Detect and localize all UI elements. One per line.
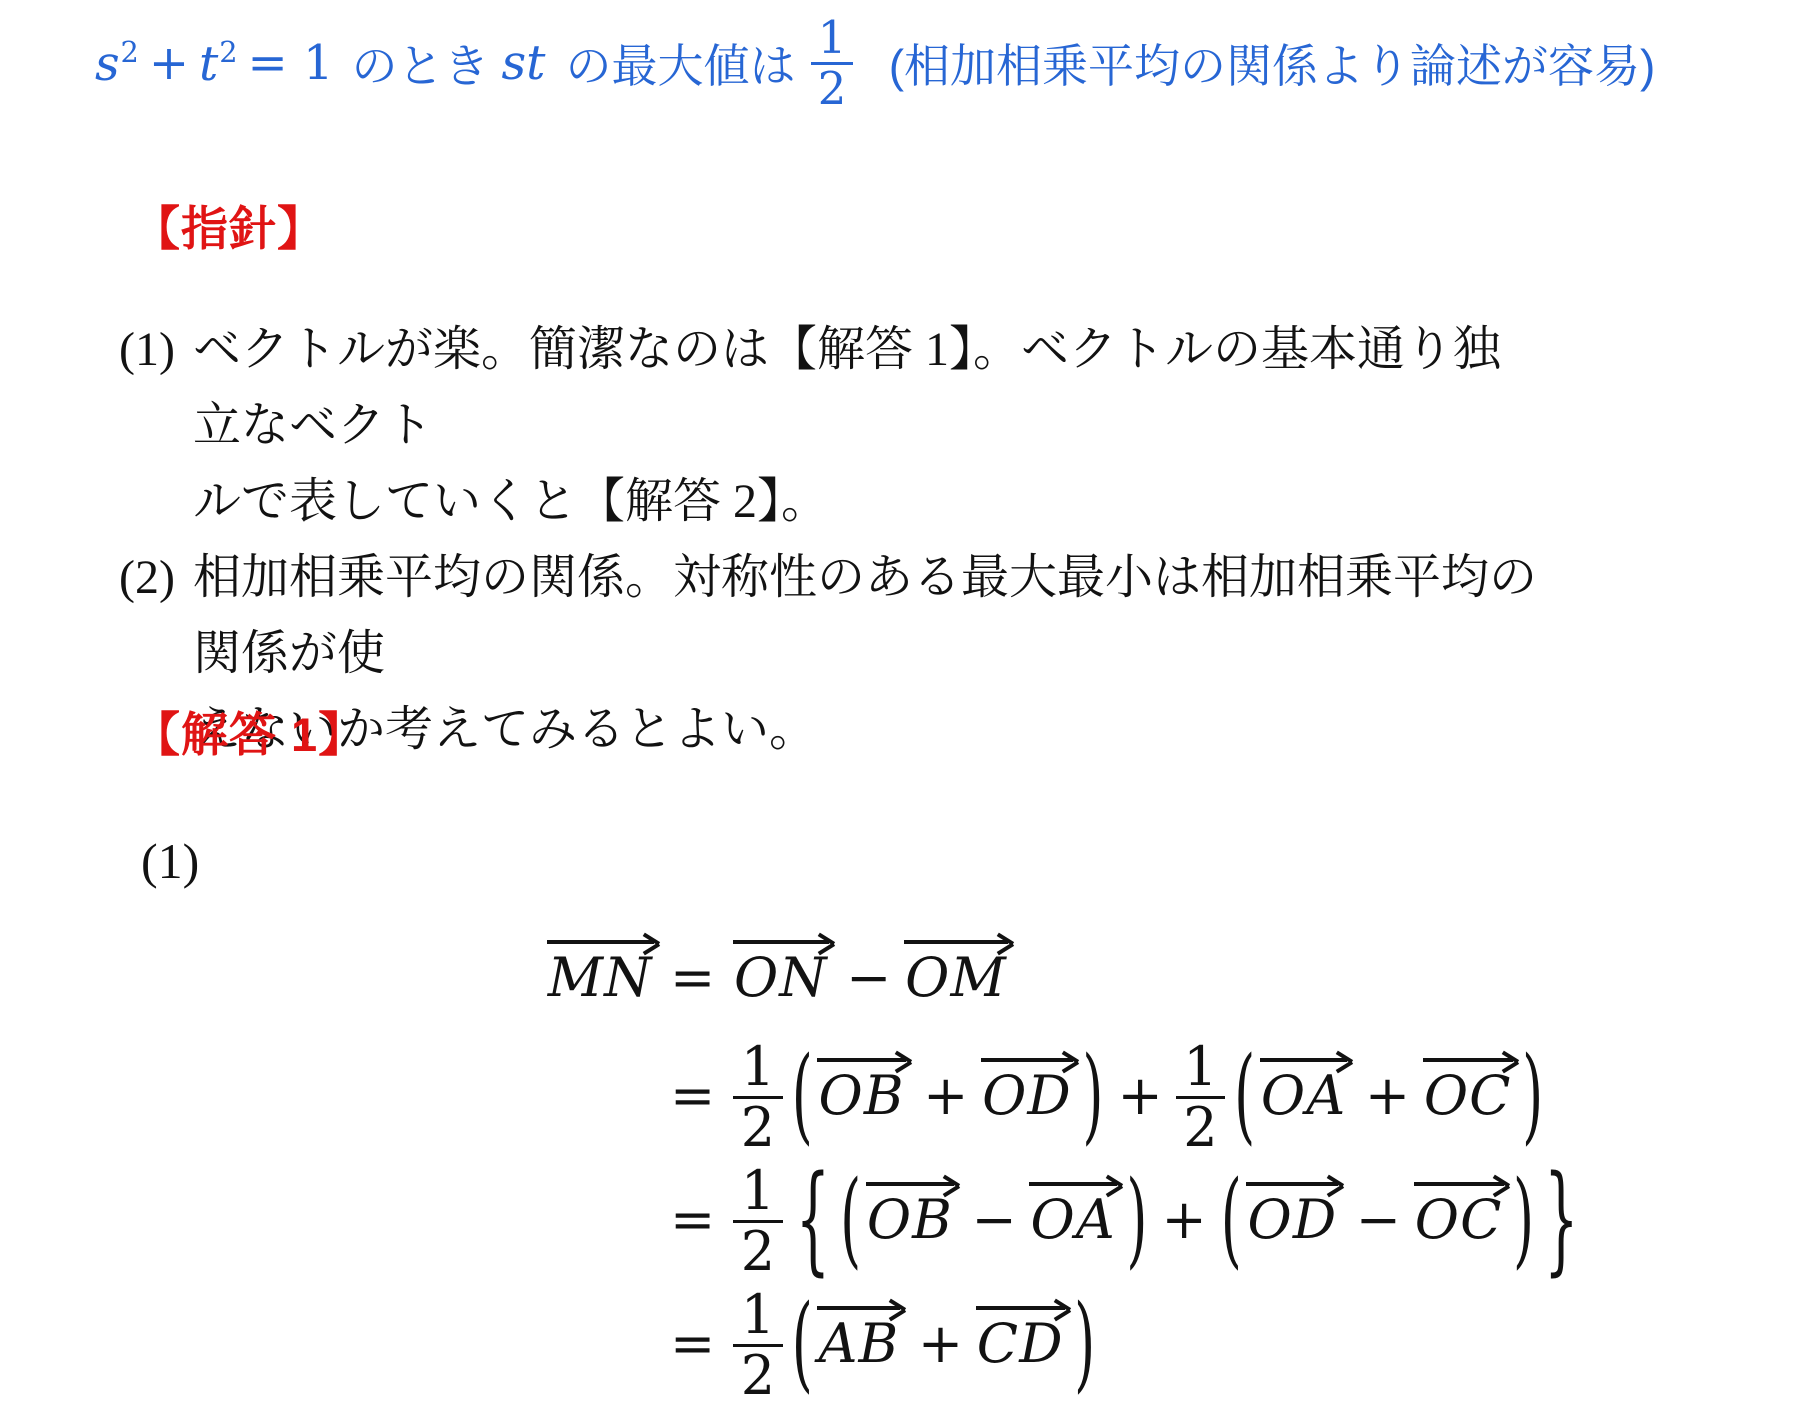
numerator: 1 <box>733 1286 782 1343</box>
fraction-one-half: 12 <box>811 14 852 112</box>
left-paren: ( <box>792 1292 813 1396</box>
plus-sign: + <box>923 1069 968 1123</box>
page: s2 + t2 = 1 のとき st の最大値は 12 (相加相乗平均の関係より… <box>0 0 1818 1425</box>
vector-OA: OA <box>1028 1177 1124 1263</box>
vector-OB: OB <box>864 1177 960 1263</box>
minus-sign: − <box>972 1193 1017 1247</box>
item-line: 相加相乗平均の関係。対称性のある最大最小は相加相乗平均の関係が使 <box>193 540 1539 692</box>
vector-letters: CD <box>977 1312 1064 1375</box>
denominator: 2 <box>1176 1096 1225 1156</box>
denominator: 2 <box>733 1344 782 1404</box>
vector-OB: OB <box>816 1053 912 1139</box>
equation-row-2: = 12 ( OB + OD ) + 12 ( OA + OC ) <box>528 1034 1585 1158</box>
vector-letters: OD <box>1248 1188 1338 1251</box>
item-body-2: 相加相乗平均の関係。対称性のある最大最小は相加相乗平均の関係が使 えないか考えて… <box>193 540 1539 768</box>
right-paren: ) <box>1513 1168 1534 1272</box>
numerator: 1 <box>811 14 852 62</box>
denominator: 2 <box>811 62 852 113</box>
plus-sign: + <box>918 1317 963 1371</box>
vector-letters: MN <box>548 946 653 1009</box>
right-paren: ) <box>1082 1044 1103 1148</box>
math-t-squared: t2 <box>199 35 237 92</box>
fraction-one-half: 12 <box>1176 1038 1225 1155</box>
text-notoki: のとき <box>352 30 490 96</box>
numerator: 1 <box>1176 1038 1225 1095</box>
item-body-1: ベクトルが楽。簡潔なのは【解答 1】。ベクトルの基本通り独立なベクト ルで表して… <box>193 312 1539 540</box>
item-label-2: (2) <box>119 540 181 616</box>
equals-sign: = <box>670 1193 715 1247</box>
vector-letters: OC <box>1424 1064 1512 1127</box>
vector-OD: OD <box>979 1053 1079 1139</box>
minus-sign: − <box>846 951 891 1005</box>
exponent: 2 <box>219 35 237 69</box>
vector-ON: ON <box>731 935 835 1021</box>
solution-part-label: (1) <box>141 832 199 890</box>
guideline-item-1: (1) ベクトルが楽。簡潔なのは【解答 1】。ベクトルの基本通り独立なベクト ル… <box>119 312 1539 540</box>
vector-letters: OC <box>1415 1188 1503 1251</box>
fraction-one-half: 12 <box>733 1286 782 1403</box>
minus-sign: − <box>1356 1193 1401 1247</box>
left-paren: ( <box>1221 1168 1242 1272</box>
left-paren: ( <box>1234 1044 1255 1148</box>
vector-OC: OC <box>1412 1177 1510 1263</box>
right-paren: ) <box>1126 1168 1147 1272</box>
vector-letters: OM <box>905 946 1007 1009</box>
item-line: えないか考えてみるとよい。 <box>193 692 1539 768</box>
right-paren: ) <box>1074 1292 1095 1396</box>
numerator: 1 <box>733 1162 782 1219</box>
left-brace: { <box>796 1161 830 1279</box>
vector-OD: OD <box>1245 1177 1345 1263</box>
var-t: t <box>199 35 218 91</box>
heading-shishin: 【指針】 <box>133 192 325 259</box>
var-s: s <box>95 35 120 91</box>
plus-sign: + <box>1117 1069 1162 1123</box>
vector-letters: ON <box>734 946 828 1009</box>
text-parenthetical-note: (相加相乗平均の関係より論述が容易) <box>889 30 1656 96</box>
item-line: ルで表していくと【解答 2】。 <box>193 464 1539 540</box>
left-paren: ( <box>840 1168 861 1272</box>
plus-sign: + <box>1365 1069 1410 1123</box>
equation-block: MN = ON − OM = 12 ( OB + OD ) + 12 ( OA … <box>528 922 1585 1406</box>
equals-sign: = <box>670 951 715 1005</box>
equals-one: = 1 <box>248 35 334 91</box>
exponent: 2 <box>121 35 139 69</box>
vector-letters: OA <box>1261 1064 1346 1127</box>
fraction-one-half: 12 <box>733 1162 782 1279</box>
equation-row-1: MN = ON − OM <box>528 922 1585 1034</box>
equation-row-4: = 12 ( AB + CD ) <box>528 1282 1585 1406</box>
vector-OA: OA <box>1258 1053 1354 1139</box>
item-label-1: (1) <box>119 312 181 388</box>
vector-CD: CD <box>974 1301 1071 1387</box>
vector-letters: AB <box>818 1312 899 1375</box>
heading-kaitou-1: 【解答 1】 <box>133 698 366 765</box>
math-s-squared: s2 <box>95 35 139 92</box>
equation-lhs: MN <box>528 935 660 1021</box>
equation-row-3: = 12 { ( OB − OA ) + ( OD − OC ) } <box>528 1158 1585 1282</box>
item-line: ベクトルが楽。簡潔なのは【解答 1】。ベクトルの基本通り独立なベクト <box>193 312 1539 464</box>
text-saidaichi: の最大値は <box>565 30 795 96</box>
right-paren: ) <box>1522 1044 1543 1148</box>
left-paren: ( <box>792 1044 813 1148</box>
denominator: 2 <box>733 1220 782 1280</box>
vector-MN: MN <box>545 935 660 1021</box>
top-note: s2 + t2 = 1 のとき st の最大値は 12 (相加相乗平均の関係より… <box>95 2 1655 124</box>
vector-OM: OM <box>902 935 1014 1021</box>
vector-letters: OB <box>867 1188 953 1251</box>
plus-sign: + <box>149 35 189 91</box>
fraction-one-half: 12 <box>733 1038 782 1155</box>
math-st: st <box>502 35 546 91</box>
right-brace: } <box>1544 1161 1578 1279</box>
equals-sign: = <box>670 1317 715 1371</box>
vector-letters: OA <box>1030 1188 1115 1251</box>
plus-sign: + <box>1162 1193 1207 1247</box>
vector-letters: OB <box>818 1064 904 1127</box>
equals-sign: = <box>670 1069 715 1123</box>
vector-letters: OD <box>982 1064 1072 1127</box>
vector-OC: OC <box>1421 1053 1519 1139</box>
numerator: 1 <box>733 1038 782 1095</box>
denominator: 2 <box>733 1096 782 1156</box>
vector-AB: AB <box>816 1301 907 1387</box>
